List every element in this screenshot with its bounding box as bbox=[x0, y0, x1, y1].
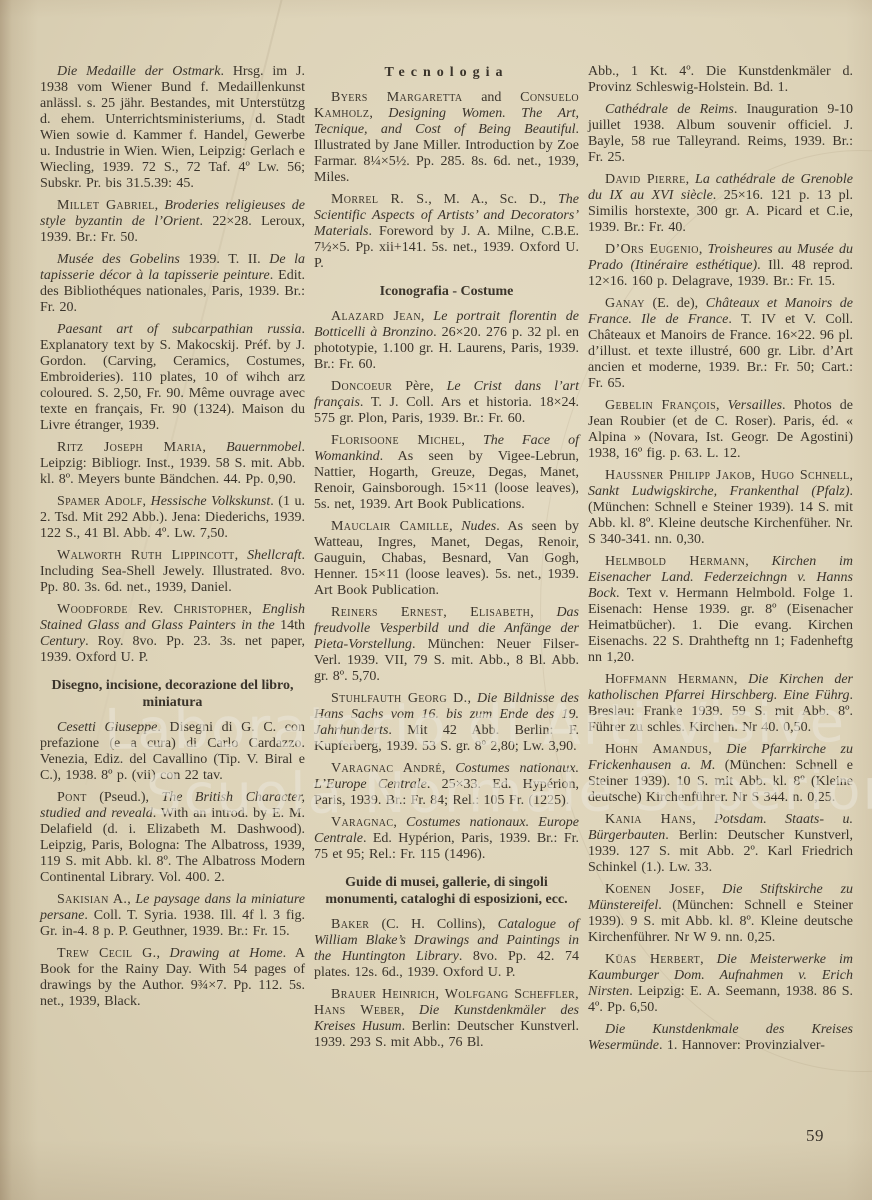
entry-text: Abb., 1 Kt. 4º. Die Kunstdenkmäler d. Pr… bbox=[588, 64, 853, 95]
bib-entry: David Pierre, La cathédrale de Grenoble … bbox=[588, 172, 853, 236]
work-title: Bauernmobel bbox=[226, 440, 301, 455]
author-name: Pont bbox=[57, 790, 87, 805]
author-name: Spamer Adolf bbox=[57, 494, 143, 509]
bib-entry: Byers Margaretta and Consuelo Kamholz, D… bbox=[314, 90, 579, 186]
work-title: Shellcraft bbox=[247, 548, 301, 563]
column-3: Abb., 1 Kt. 4º. Die Kunstdenkmäler d. Pr… bbox=[588, 64, 853, 1060]
work-title: Cesetti Giuseppe bbox=[57, 720, 157, 735]
work-title: Sankt Ludwigskirche, Frankenthal (Pfalz) bbox=[588, 484, 850, 499]
author-name: David Pierre bbox=[605, 172, 686, 187]
bib-entry: Musée des Gobelins 1939. T. II. De la ta… bbox=[40, 252, 305, 316]
bib-entry: Stuhlfauth Georg D., Die Bildnisse des H… bbox=[314, 691, 579, 755]
bib-entry: Haussner Philipp Jakob, Hugo Schnell, Sa… bbox=[588, 468, 853, 548]
entry-text: , bbox=[461, 433, 483, 448]
author-name: Haussner Philipp Jakob, Hugo Schnell bbox=[605, 468, 850, 483]
entry-text: , bbox=[701, 882, 722, 897]
bib-entry: Die Kunstdenkmale des Kreises Wesermünde… bbox=[588, 1022, 853, 1054]
author-name: Helmbold Hermann bbox=[605, 554, 745, 569]
entry-text: , bbox=[734, 672, 748, 687]
work-title: Century bbox=[40, 634, 85, 649]
entry-text: , bbox=[143, 494, 151, 509]
entry-text: , bbox=[708, 742, 726, 757]
entry-text: , bbox=[700, 952, 716, 967]
bib-entry: Küas Herbert, Die Meisterwerke im Kaumbu… bbox=[588, 952, 853, 1016]
entry-text: , bbox=[421, 309, 434, 324]
bib-entry: Doncoeur Père, Le Crist dans l’art franç… bbox=[314, 379, 579, 427]
bib-entry: Brauer Heinrich, Wolfgang Scheffler, Han… bbox=[314, 987, 579, 1051]
bib-entry: Ganay (E. de), Châteaux et Manoirs de Fr… bbox=[588, 296, 853, 392]
scanned-book-page: Die Medaille der Ostmark. Hrsg. im J. 19… bbox=[0, 0, 872, 1200]
entry-text: , bbox=[442, 761, 455, 776]
bib-entry: Koenen Josef, Die Stiftskirche zu Münste… bbox=[588, 882, 853, 946]
section-heading: Disegno, incisione, decorazione del libr… bbox=[46, 677, 299, 711]
entry-text: , bbox=[699, 242, 708, 257]
author-name: Woodforde bbox=[57, 602, 128, 617]
column-1: Die Medaille der Ostmark. Hrsg. im J. 19… bbox=[40, 64, 305, 1060]
author-name: Hohn Amandus bbox=[605, 742, 708, 757]
entry-text: (C. H. Collins), bbox=[369, 917, 497, 932]
entry-text: , bbox=[248, 602, 262, 617]
author-name: Sakisian A. bbox=[57, 892, 127, 907]
author-name: Mauclair Camille bbox=[331, 519, 449, 534]
author-name: Varagnac André bbox=[331, 761, 442, 776]
author-name: Ganay bbox=[605, 296, 645, 311]
bib-entry: Reiners Ernest, Elisabeth, Das freudvoll… bbox=[314, 605, 579, 685]
bib-entry: Cathédrale de Reims. Inauguration 9-10 j… bbox=[588, 102, 853, 166]
author-name: Doncoeur bbox=[331, 379, 392, 394]
entry-text: , bbox=[468, 691, 477, 706]
entry-text: . Explanatory text by S. Makocskij. Préf… bbox=[40, 322, 305, 433]
work-title: Cathédrale de Reims bbox=[605, 102, 734, 117]
bib-entry: Gebelin François, Versailles. Photos de … bbox=[588, 398, 853, 462]
entry-text: , bbox=[393, 815, 406, 830]
work-title: Paesant art of subcarpathian russia bbox=[57, 322, 302, 337]
author-name: Küas Herbert bbox=[605, 952, 700, 967]
author-name: Christopher bbox=[174, 602, 249, 617]
bib-entry: Millet Gabriel, Broderies religieuses de… bbox=[40, 198, 305, 246]
author-name: Byers Margaretta bbox=[331, 90, 462, 105]
author-name: D’Ors Eugenio bbox=[605, 242, 699, 257]
bib-entry: Hoffmann Hermann, Die Kirchen der kathol… bbox=[588, 672, 853, 736]
author-name: Hoffmann Hermann bbox=[605, 672, 734, 687]
bib-entry: Helmbold Hermann, Kirchen im Eisenacher … bbox=[588, 554, 853, 666]
author-name: Alazard Jean bbox=[331, 309, 421, 324]
entry-text: , bbox=[401, 1003, 419, 1018]
bib-entry: Die Medaille der Ostmark. Hrsg. im J. 19… bbox=[40, 64, 305, 192]
work-title: Die Medaille der Ostmark bbox=[57, 64, 220, 79]
author-name: Ritz Joseph Maria bbox=[57, 440, 202, 455]
work-title: Hessische Volkskunst bbox=[151, 494, 271, 509]
work-title: Drawing at Home bbox=[170, 946, 283, 961]
entry-text: , bbox=[155, 198, 165, 213]
work-title: Nudes bbox=[461, 519, 496, 534]
entry-text: Père, bbox=[392, 379, 446, 394]
author-name: Baker bbox=[331, 917, 369, 932]
entry-text: (Pseud.), bbox=[87, 790, 162, 805]
entry-text: , bbox=[369, 106, 388, 121]
bib-entry: Sakisian A., Le paysage dans la miniatur… bbox=[40, 892, 305, 940]
column-2: TecnologiaByers Margaretta and Consuelo … bbox=[314, 64, 579, 1060]
page-number: 59 bbox=[806, 1126, 824, 1146]
bib-entry: Woodforde Rev. Christopher, English Stai… bbox=[40, 602, 305, 666]
bib-entry: Cesetti Giuseppe. Disegni di G. C. con p… bbox=[40, 720, 305, 784]
author-name: Florisoone Michel bbox=[331, 433, 461, 448]
bib-entry: Ritz Joseph Maria, Bauernmobel. Leipzig:… bbox=[40, 440, 305, 488]
entry-text: (E. de), bbox=[645, 296, 706, 311]
author-name: Morrel R. S. bbox=[331, 192, 428, 207]
author-name: Reiners Ernest, Elisabeth bbox=[331, 605, 530, 620]
bib-entry: Morrel R. S., M. A., Sc. D., The Scienti… bbox=[314, 192, 579, 272]
bib-entry: Baker (C. H. Collins), Catalogue of Will… bbox=[314, 917, 579, 981]
bib-entry: Kania Hans, Potsdam. Staats- u. Bürgerba… bbox=[588, 812, 853, 876]
entry-text: . Hrsg. im J. 1938 vom Wiener Bund f. Me… bbox=[40, 64, 305, 191]
bib-entry: Walworth Ruth Lippincott, Shellcraft. In… bbox=[40, 548, 305, 596]
author-name: Kania Hans bbox=[605, 812, 692, 827]
bib-entry: Varagnac André, Costumes nationaux. L’Eu… bbox=[314, 761, 579, 809]
entry-text: , bbox=[202, 440, 226, 455]
entry-text: 1939. T. II. bbox=[180, 252, 269, 267]
entry-text: Rev. bbox=[128, 602, 174, 617]
entry-text: , bbox=[686, 172, 695, 187]
bib-entry: D’Ors Eugenio, Troisheures au Musée du P… bbox=[588, 242, 853, 290]
entry-text: , bbox=[716, 398, 728, 413]
author-name: Millet Gabriel bbox=[57, 198, 155, 213]
bib-entry: Abb., 1 Kt. 4º. Die Kunstdenkmäler d. Pr… bbox=[588, 64, 853, 96]
author-name: Trew Cecil G. bbox=[57, 946, 157, 961]
author-name: Koenen Josef bbox=[605, 882, 701, 897]
entry-text: , bbox=[850, 468, 854, 483]
entry-text: and bbox=[462, 90, 520, 105]
entry-text: , bbox=[530, 605, 556, 620]
bib-entry: Spamer Adolf, Hessische Volkskunst. (1 u… bbox=[40, 494, 305, 542]
entry-text: , bbox=[692, 812, 714, 827]
work-title: Musée des Gobelins bbox=[57, 252, 180, 267]
author-name: Walworth Ruth Lippincott bbox=[57, 548, 235, 563]
bib-entry: Varagnac, Costumes nationaux. Europe Cen… bbox=[314, 815, 579, 863]
bib-entry: Florisoone Michel, The Face of Womankind… bbox=[314, 433, 579, 513]
columns: Die Medaille der Ostmark. Hrsg. im J. 19… bbox=[40, 64, 853, 1060]
author-name: Varagnac bbox=[331, 815, 393, 830]
entry-text: , M. A., Sc. D., bbox=[428, 192, 558, 207]
section-heading: Iconografia - Costume bbox=[320, 283, 573, 300]
entry-text: , bbox=[157, 946, 170, 961]
bib-entry: Alazard Jean, Le portrait florentin de B… bbox=[314, 309, 579, 373]
bib-entry: Trew Cecil G., Drawing at Home. A Book f… bbox=[40, 946, 305, 1010]
bib-entry: Pont (Pseud.), The British Character, st… bbox=[40, 790, 305, 886]
entry-text: . Text v. Hermann Helmbold. Folge 1. Eis… bbox=[588, 586, 853, 665]
section-heading: Tecnologia bbox=[320, 64, 573, 81]
bib-entry: Paesant art of subcarpathian russia. Exp… bbox=[40, 322, 305, 434]
entry-text: , bbox=[235, 548, 247, 563]
entry-text: , bbox=[449, 519, 461, 534]
entry-text: , bbox=[745, 554, 771, 569]
bib-entry: Hohn Amandus, Die Pfarrkirche zu Fricken… bbox=[588, 742, 853, 806]
entry-text: 14th bbox=[280, 618, 305, 633]
author-name: Gebelin François bbox=[605, 398, 716, 413]
work-title: Versailles bbox=[728, 398, 782, 413]
entry-text: . 1. Hannover: Provinzialver- bbox=[659, 1038, 825, 1053]
author-name: Stuhlfauth Georg D. bbox=[331, 691, 468, 706]
bib-entry: Mauclair Camille, Nudes. As seen by Watt… bbox=[314, 519, 579, 599]
section-heading: Guide di musei, gallerie, di singoli mon… bbox=[320, 874, 573, 908]
